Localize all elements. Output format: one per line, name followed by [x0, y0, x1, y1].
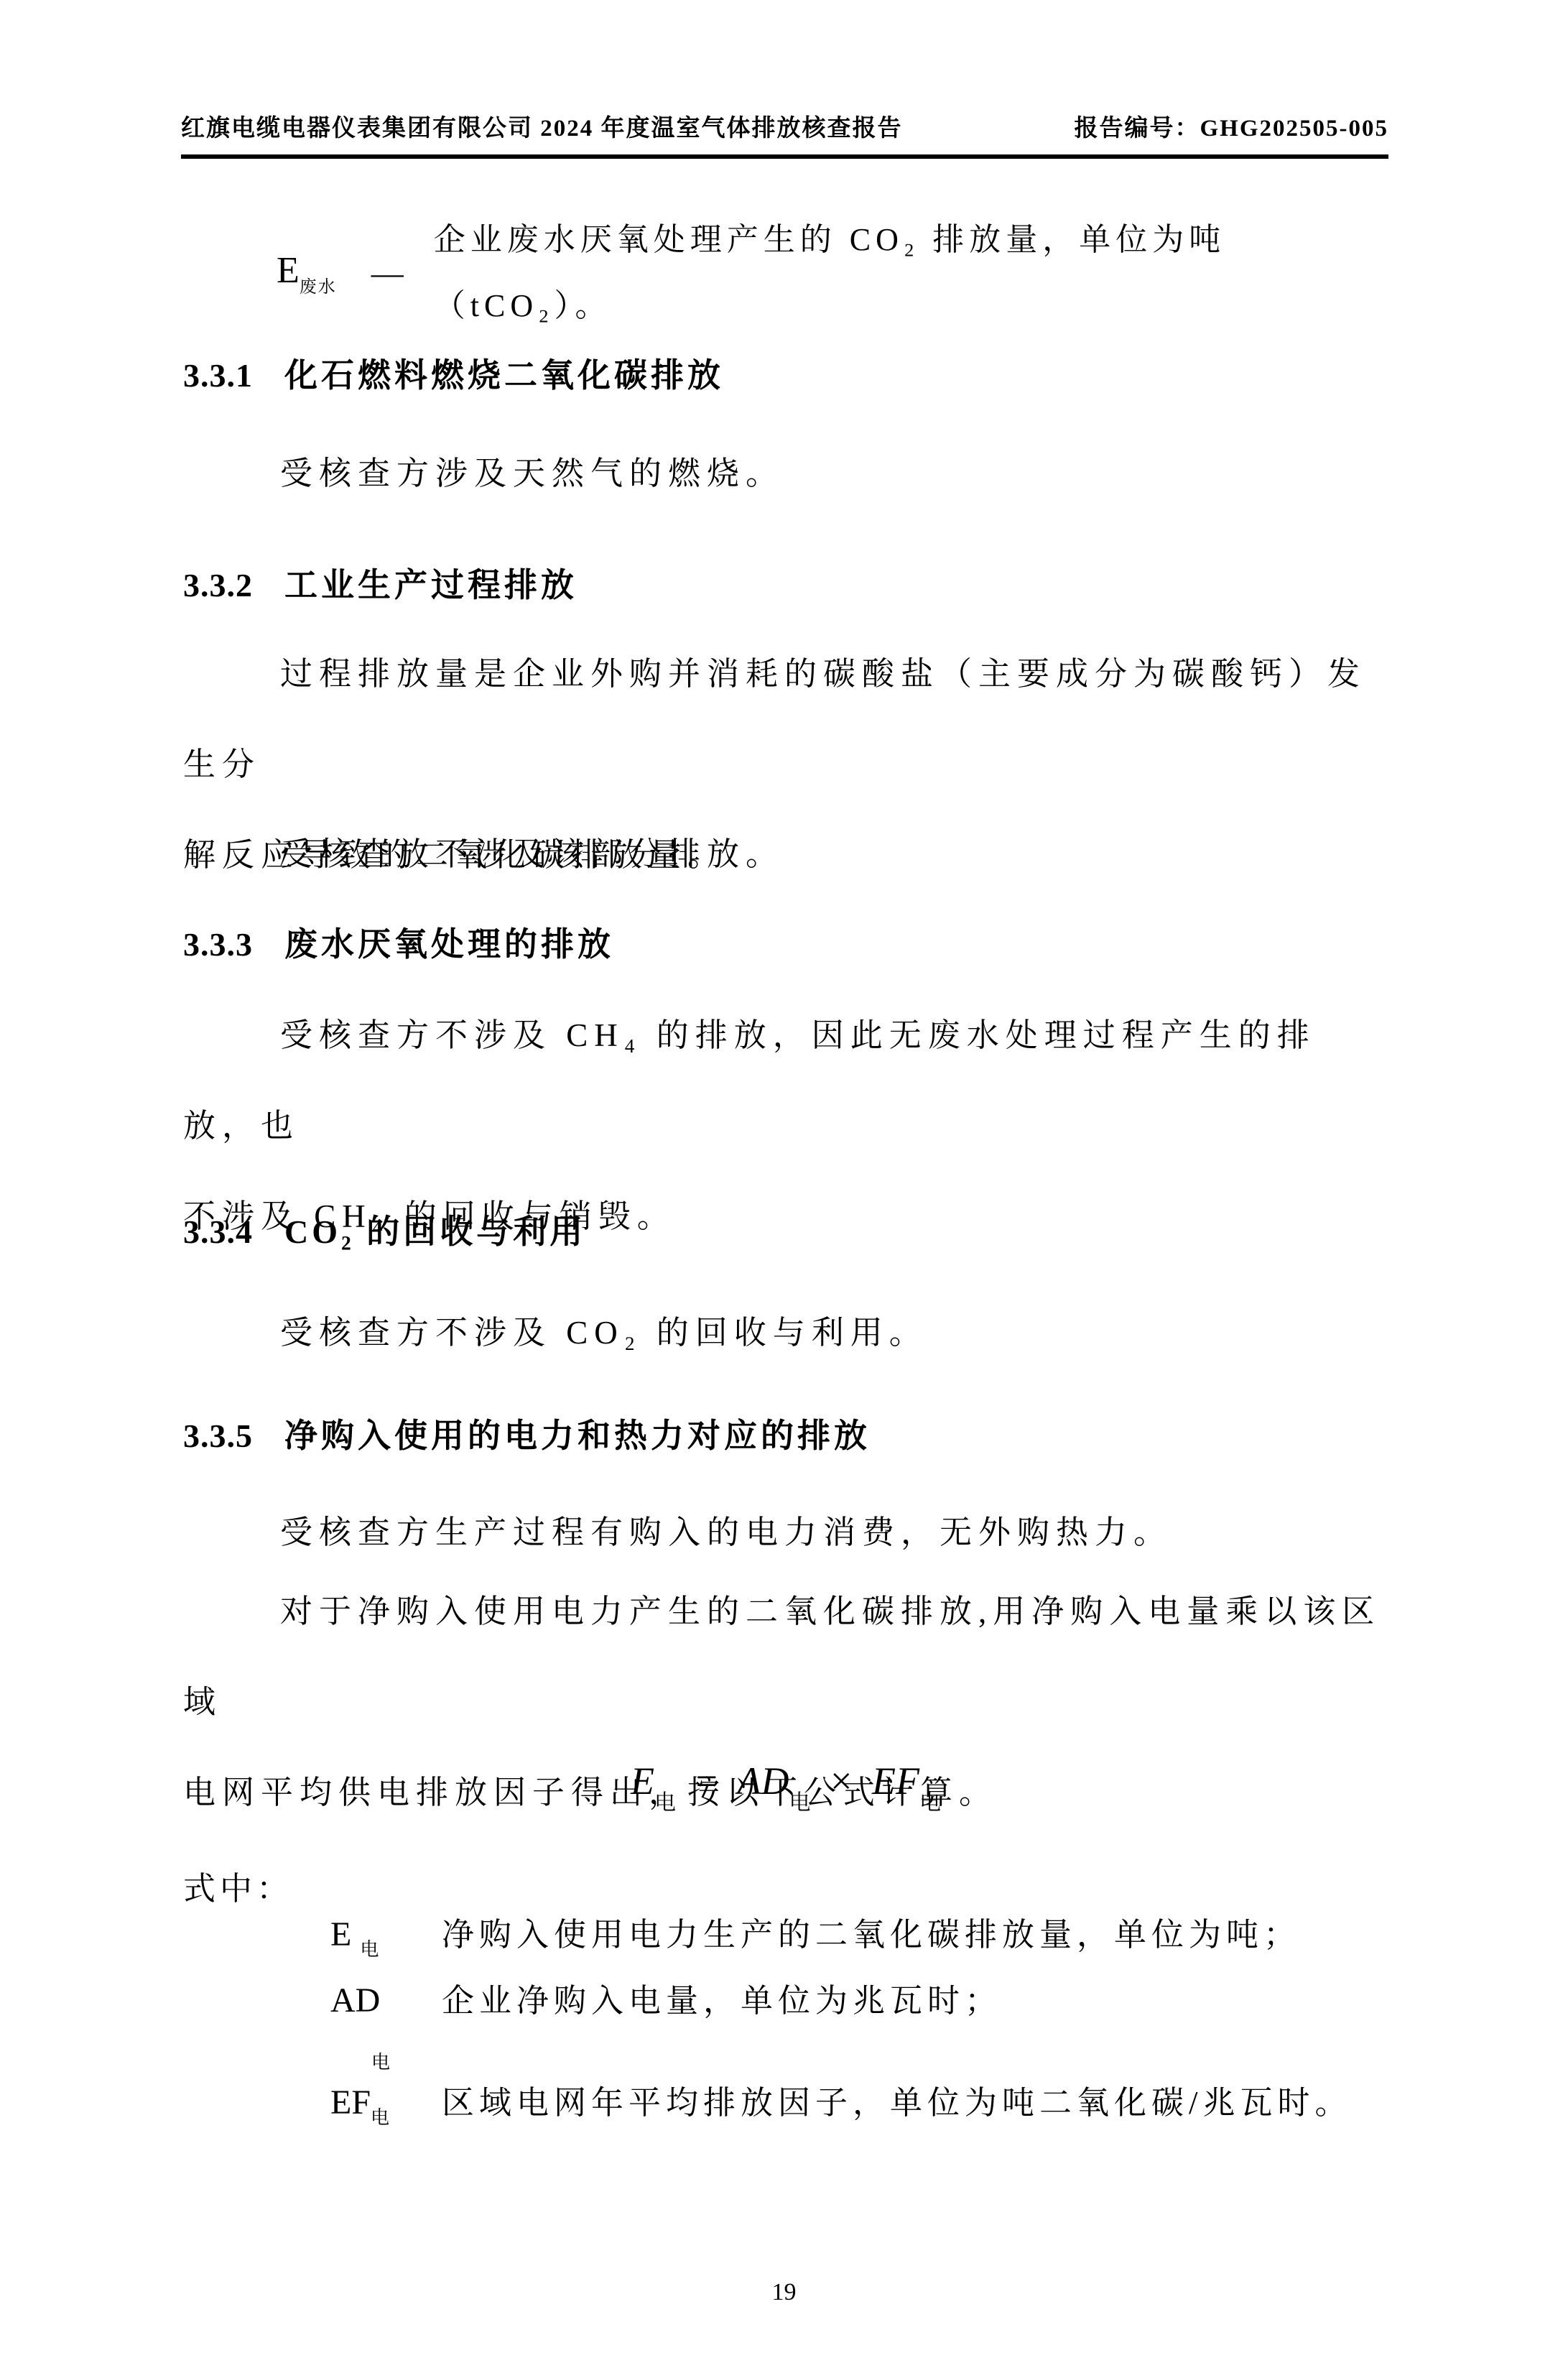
section-title: 净购入使用的电力和热力对应的排放 — [284, 1417, 871, 1454]
where-symbol-ef: EF电 — [330, 2083, 442, 2129]
definition-text-line2: （tCO₂）。 — [434, 273, 1388, 339]
section-number: 3.3.2 — [183, 567, 253, 603]
document-page: 红旗电缆电器仪表集团有限公司 2024 年度温室气体排放核查报告 报告编号：GH… — [0, 0, 1568, 2378]
paragraph-3-3-1: 受核查方涉及天然气的燃烧。 — [183, 447, 1388, 494]
paragraph-3-3-5-a: 受核查方生产过程有购入的电力消费，无外购热力。 — [183, 1506, 1388, 1553]
section-heading-3-3-2: 3.3.2工业生产过程排放 — [183, 559, 1388, 606]
where-text: 净购入使用电力生产的二氧化碳排放量，单位为吨； — [442, 1908, 1301, 1955]
symbol-subscript: 电 — [360, 1939, 379, 1960]
symbol-base: E — [277, 250, 300, 291]
symbol-base: E — [330, 1915, 351, 1953]
paragraph-3-3-4: 受核查方不涉及 CO₂ 的回收与利用。 — [183, 1306, 1388, 1353]
symbol-subscript: 电 — [371, 2107, 389, 2128]
where-orphan-subscript: 电 — [183, 2048, 1388, 2074]
formula-equals: = — [686, 1759, 728, 1803]
section-heading-3-3-1: 3.3.1化石燃料燃烧二氧化碳排放 — [183, 349, 1388, 397]
where-item-e: E 电 净购入使用电力生产的二氧化碳排放量，单位为吨； — [183, 1908, 1388, 1961]
paragraph-line: 过程排放量是企业外购并消耗的碳酸盐（主要成分为碳酸钙）发生分 — [183, 629, 1388, 810]
section-number: 3.3.1 — [183, 357, 253, 394]
where-symbol-ad: AD — [330, 1981, 442, 2020]
where-item-ad: AD 企业净购入电量，单位为兆瓦时； — [183, 1974, 1388, 2021]
formula-sub-e: 电 — [654, 1791, 676, 1815]
where-item-ef: EF电 区域电网年平均排放因子，单位为吨二氧化碳/兆瓦时。 — [183, 2076, 1388, 2129]
section-heading-3-3-4: 3.3.4CO₂ 的回收与利用 — [183, 1206, 1388, 1253]
section-title: 废水厌氧处理的排放 — [284, 926, 614, 963]
section-title: CO₂ 的回收与利用 — [284, 1213, 586, 1250]
definition-dash: — — [371, 254, 404, 292]
paragraph-line: 受核查方不涉及 CH₄ 的排放，因此无废水处理过程产生的排放，也 — [183, 990, 1388, 1171]
header-title: 红旗电缆电器仪表集团有限公司 2024 年度温室气体排放核查报告 — [181, 109, 903, 143]
formula-var-e: E — [631, 1759, 654, 1803]
where-text: 企业净购入电量，单位为兆瓦时； — [442, 1974, 1002, 2021]
paragraph-line: 对于净购入使用电力产生的二氧化碳排放,用净购入电量乘以该区域 — [183, 1566, 1388, 1747]
formula-var-ad: AD — [738, 1759, 789, 1803]
formula-sub-ad: 电 — [789, 1791, 811, 1815]
section-number: 3.3.5 — [183, 1417, 253, 1454]
symbol-subscript: 废水 — [300, 278, 337, 297]
formula-times: × — [820, 1759, 862, 1803]
section-heading-3-3-3: 3.3.3废水厌氧处理的排放 — [183, 918, 1388, 966]
section-title: 化石燃料燃烧二氧化碳排放 — [284, 357, 724, 394]
header-report-number: 报告编号：GHG202505-005 — [1075, 109, 1389, 143]
section-number: 3.3.3 — [183, 926, 253, 963]
section-title: 工业生产过程排放 — [284, 567, 577, 603]
section-number: 3.3.4 — [183, 1213, 253, 1250]
where-label: 式中： — [183, 1862, 1388, 1909]
definition-symbol: E废水 — [277, 249, 337, 297]
paragraph-3-3-2-b: 受核查放不涉及该部分排放。 — [183, 828, 1388, 874]
symbol-base: EF — [330, 2083, 371, 2122]
section-heading-3-3-5: 3.3.5净购入使用的电力和热力对应的排放 — [183, 1410, 1388, 1457]
formula-sub-ef: 电 — [919, 1791, 941, 1815]
page-header: 红旗电缆电器仪表集团有限公司 2024 年度温室气体排放核查报告 报告编号：GH… — [181, 109, 1388, 159]
formula-electricity-emissions: E电 = AD电 × EF电 — [183, 1759, 1388, 1816]
where-text: 区域电网年平均排放因子，单位为吨二氧化碳/兆瓦时。 — [442, 2076, 1353, 2123]
formula-var-ef: EF — [872, 1759, 919, 1803]
page-number: 19 — [0, 2279, 1568, 2306]
where-symbol-e: E 电 — [330, 1915, 442, 1961]
definition-text: 企业废水厌氧处理产生的 CO₂ 排放量，单位为吨 （tCO₂）。 — [434, 207, 1388, 339]
definition-e-wastewater: E废水 — 企业废水厌氧处理产生的 CO₂ 排放量，单位为吨 （tCO₂）。 — [183, 207, 1388, 339]
definition-text-line1: 企业废水厌氧处理产生的 CO₂ 排放量，单位为吨 — [434, 207, 1388, 273]
